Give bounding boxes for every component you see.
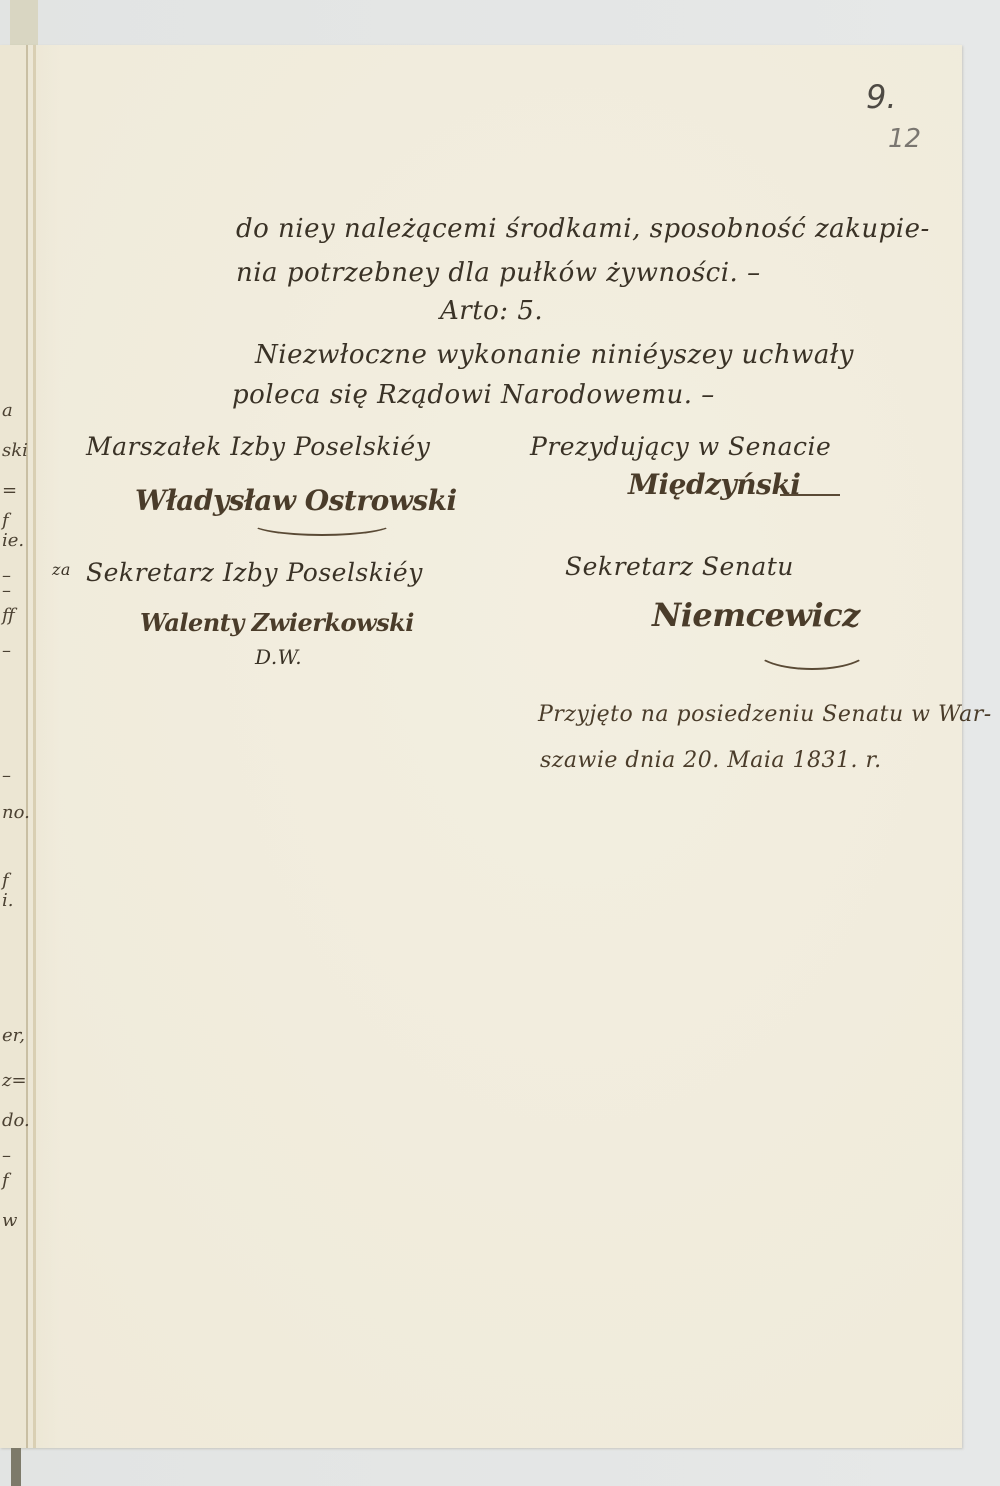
signature-secretary: Walenty Zwierkowski xyxy=(140,608,414,637)
signatory-title: Marszałek Izby Poselskiéy xyxy=(86,432,430,461)
binding-tab-top xyxy=(10,0,38,45)
article-line: poleca się Rządowi Narodowemu. – xyxy=(232,380,715,410)
article-line: Niezwłoczne wykonanie niniéyszey uchwały xyxy=(255,340,854,370)
margin-fragment: – xyxy=(2,1145,11,1166)
article-heading: Arto: 5. xyxy=(440,296,543,326)
adoption-note-line: Przyjęto na posiedzeniu Senatu w War- xyxy=(538,702,992,727)
margin-fragment: ie. xyxy=(2,530,24,551)
page-fold-line xyxy=(26,45,28,1448)
signature-flourish xyxy=(250,510,394,536)
margin-fragment: = xyxy=(2,480,17,501)
folio-number-pencil: 12 xyxy=(888,124,921,154)
margin-fragment: – xyxy=(2,640,11,661)
margin-fragment: z= xyxy=(2,1070,27,1091)
margin-fragment: w xyxy=(2,1210,17,1231)
signatory-title: Sekretarz Senatu xyxy=(565,552,794,581)
signatory-title: Sekretarz Izby Poselskiéy xyxy=(86,558,423,587)
margin-fragment: ski xyxy=(2,440,28,461)
signatory-title: Prezydujący w Senacie xyxy=(530,432,831,461)
margin-fragment: do. xyxy=(2,1110,30,1131)
margin-fragment: a xyxy=(2,400,13,421)
margin-fragment: f xyxy=(2,870,9,891)
signature-senate-president: Międzyński xyxy=(628,468,800,501)
page-fold-line-inner xyxy=(33,45,36,1448)
folio-number-ink: 9. xyxy=(866,78,897,116)
signature-flourish xyxy=(755,630,869,670)
manuscript-page xyxy=(0,45,962,1448)
adoption-note-line: szawie dnia 20. Maia 1831. r. xyxy=(540,748,882,773)
body-line: do niey należącemi środkami, sposobność … xyxy=(236,214,930,244)
margin-fragment: f xyxy=(2,510,9,531)
margin-fragment: i. xyxy=(2,890,13,911)
facing-page-edge xyxy=(0,45,27,1448)
signature-senate-secretary: Niemcewicz xyxy=(652,596,860,634)
margin-fragment: – xyxy=(2,765,11,786)
margin-fragment: ff xyxy=(2,605,15,626)
margin-fragment: f xyxy=(2,1170,9,1191)
margin-fragment: no. xyxy=(2,802,30,823)
margin-fragment: er, xyxy=(2,1025,25,1046)
body-line: nia potrzebney dla pułków żywności. – xyxy=(236,258,761,288)
signature-initials: D.W. xyxy=(255,645,302,669)
margin-fragment: – xyxy=(2,580,11,601)
signatory-prefix: za xyxy=(52,560,71,579)
binding-tab-bottom xyxy=(11,1448,21,1486)
signature-underline xyxy=(780,494,840,496)
